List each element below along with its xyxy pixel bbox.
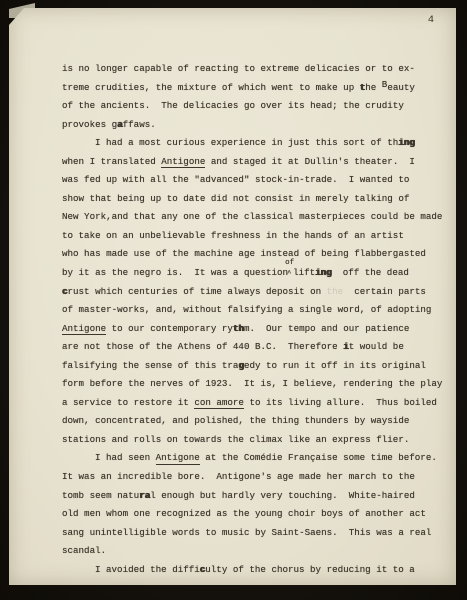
inserted-word-with-caret: of^ xyxy=(288,274,293,275)
text-line: a service to restore it con amore to its… xyxy=(62,394,454,413)
typed-segment: th xyxy=(233,323,244,334)
text-line: I had seen Antigone at the Comédie Franç… xyxy=(62,449,454,468)
typed-segment: ra xyxy=(139,490,150,501)
typed-segment: c xyxy=(200,564,206,575)
manuscript-page: 4 is no longer capable of reacting to ex… xyxy=(9,8,456,585)
text-line: crust which centuries of time always dep… xyxy=(62,283,454,302)
text-line: down, concentrated, and polished, the th… xyxy=(62,412,454,431)
text-line: tomb seem natural enough but hardly very… xyxy=(62,487,454,506)
text-line: scandal. xyxy=(62,542,454,561)
typed-segment: t xyxy=(360,82,366,93)
text-line: of master-works, and, without falsifying… xyxy=(62,301,454,320)
text-line: provokes gaffaws. xyxy=(62,116,454,135)
text-line: sang unintelligible words to music by Sa… xyxy=(62,524,454,543)
text-line: old men whom one recognized as the young… xyxy=(62,505,454,524)
typed-text: is no longer capable of reacting to extr… xyxy=(62,60,454,579)
text-line: I had a most curious experience in just … xyxy=(62,134,454,153)
text-line: by it as the negro is. It was a question… xyxy=(62,264,454,283)
text-line: who has made use of the machine age inst… xyxy=(62,245,454,264)
typed-segment: a xyxy=(117,119,123,130)
typed-segment: B xyxy=(382,76,388,95)
text-line: New York,and that any one of the classic… xyxy=(62,208,454,227)
typed-segment: i xyxy=(343,341,349,352)
typed-segment: c xyxy=(62,286,68,297)
text-line: It was an incredible bore. Antigone's ag… xyxy=(62,468,454,487)
text-line: of the ancients. The delicacies go over … xyxy=(62,97,454,116)
text-line: show that being up to date did not consi… xyxy=(62,190,454,209)
underlined-text: con amore xyxy=(194,397,244,410)
underlined-text: Antigone xyxy=(156,452,200,465)
text-line: was fed up with all the "advanced" stock… xyxy=(62,171,454,190)
text-line: treme crudities, the mixture of which we… xyxy=(62,79,454,98)
underlined-text: Antigone xyxy=(161,156,205,169)
text-line: stations and rolls on towards the climax… xyxy=(62,431,454,450)
photo-frame: 4 is no longer capable of reacting to ex… xyxy=(0,0,467,600)
text-line: is no longer capable of reacting to extr… xyxy=(62,60,454,79)
text-line: falsifying the sense of this tragedy to … xyxy=(62,357,454,376)
text-line: form before the nerves of 1923. It is, I… xyxy=(62,375,454,394)
underlined-text: Antigone xyxy=(62,323,106,336)
text-line: Antigone to our contemporary rythm. Our … xyxy=(62,320,454,339)
typed-segment: ing xyxy=(315,267,332,278)
typed-segment: ing xyxy=(398,137,415,148)
text-line: when I translated Antigone and staged it… xyxy=(62,153,454,172)
text-line: to take on an unbelievable freshness in … xyxy=(62,227,454,246)
page-number: 4 xyxy=(428,14,434,26)
text-line: I avoided the difficulty of the chorus b… xyxy=(62,561,454,580)
typed-segment: the xyxy=(327,286,344,297)
typed-segment: g xyxy=(238,360,244,371)
text-line: are not those of the Athens of 440 B.C. … xyxy=(62,338,454,357)
